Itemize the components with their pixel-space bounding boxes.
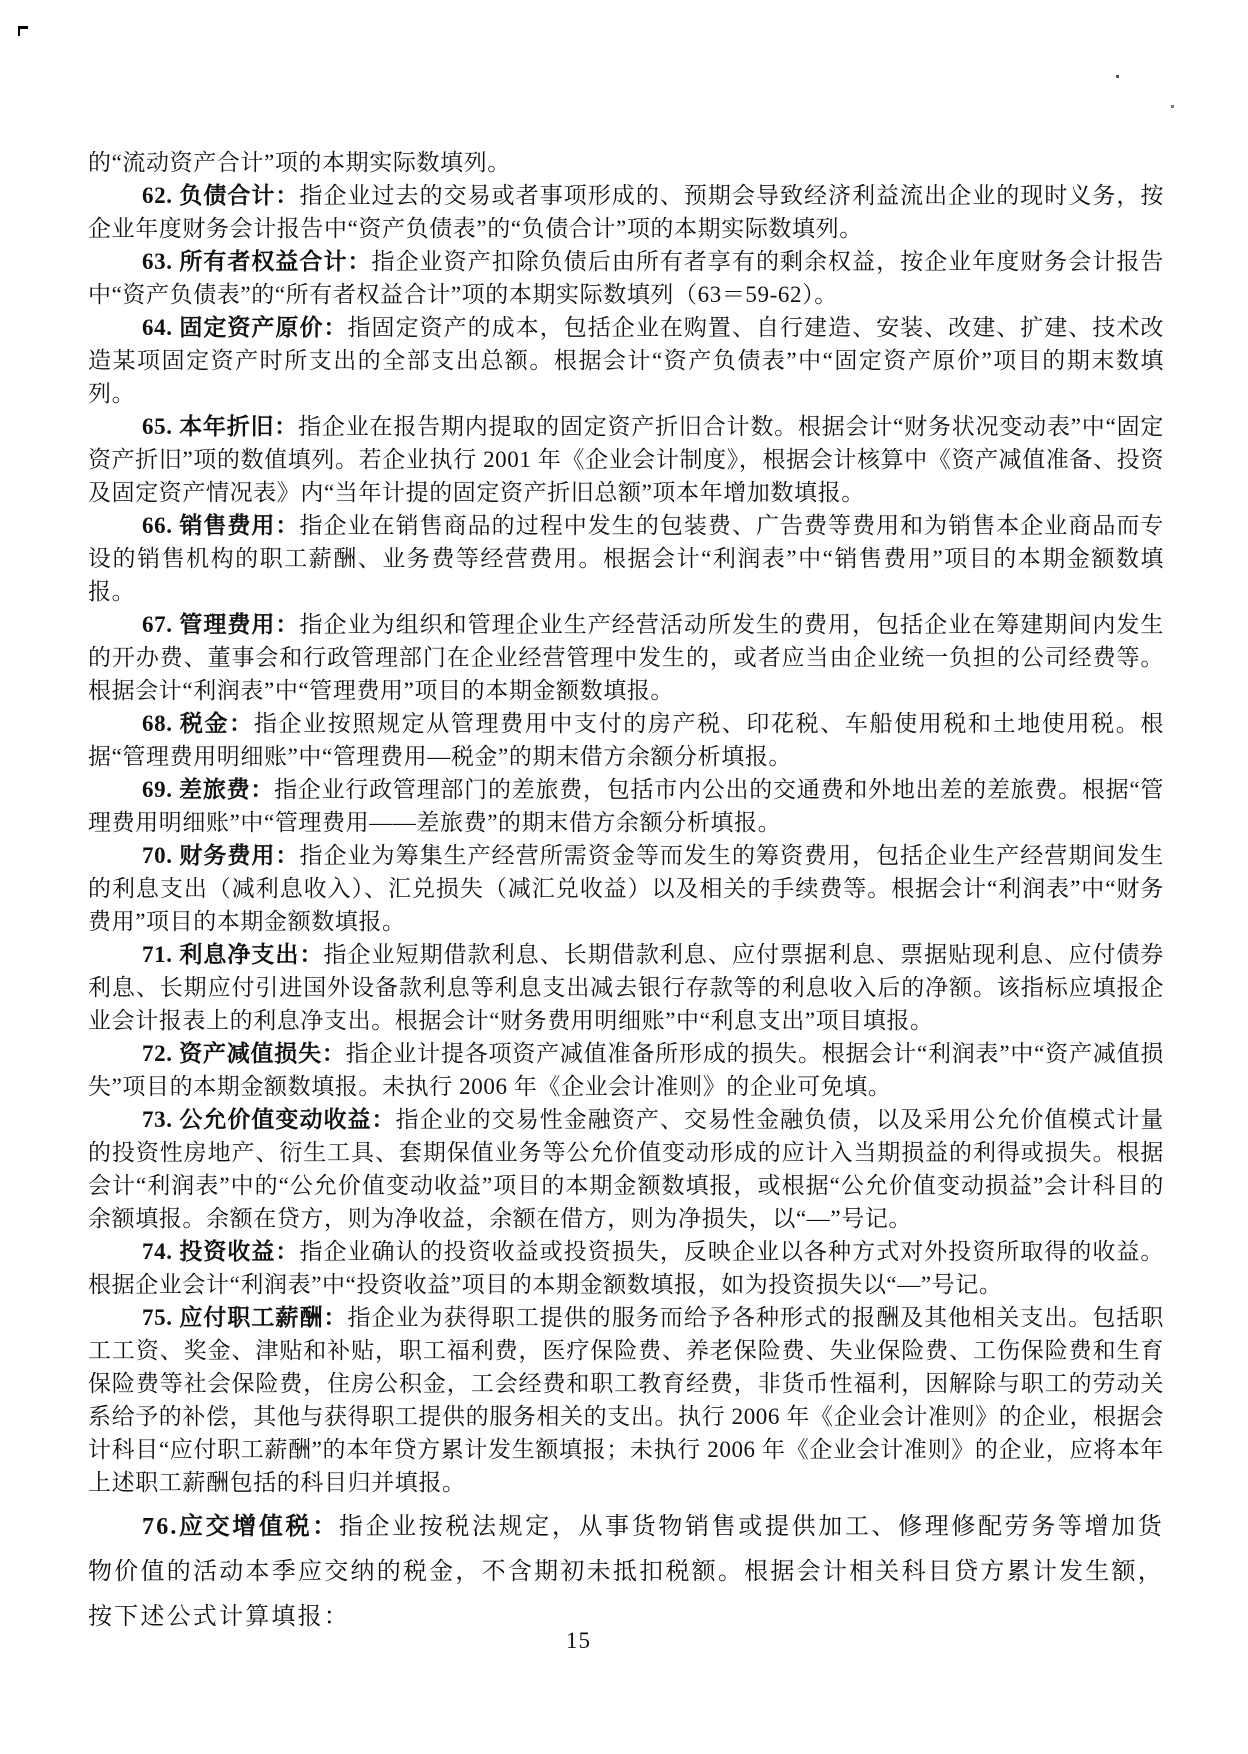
definition-item-69: 69. 差旅费：指企业行政管理部门的差旅费，包括市内公出的交通费和外地出差的差旅… bbox=[88, 773, 1164, 839]
definition-term: 62. 负债合计： bbox=[142, 183, 299, 208]
definition-item-66: 66. 销售费用：指企业在销售商品的过程中发生的包装费、广告费等费用和为销售本企… bbox=[88, 509, 1164, 608]
definition-term: 67. 管理费用： bbox=[142, 612, 299, 637]
definition-item-72: 72. 资产减值损失：指企业计提各项资产减值准备所形成的损失。根据会计“利润表”… bbox=[88, 1037, 1164, 1103]
continued-paragraph: 的“流动资产合计”项的本期实际数填列。 bbox=[88, 146, 1164, 179]
definition-term: 73. 公允价值变动收益： bbox=[142, 1107, 396, 1132]
definition-term: 63. 所有者权益合计： bbox=[142, 249, 372, 274]
definition-item-68: 68. 税金：指企业按照规定从管理费用中支付的房产税、印花税、车船使用税和土地使… bbox=[88, 707, 1164, 773]
definition-item-62: 62. 负债合计：指企业过去的交易或者事项形成的、预期会导致经济利益流出企业的现… bbox=[88, 179, 1164, 245]
scan-corner-artifact bbox=[18, 26, 28, 36]
definition-term: 76.应交增值税： bbox=[142, 1514, 339, 1540]
definition-term: 74. 投资收益： bbox=[142, 1239, 299, 1264]
definition-term: 64. 固定资产原价： bbox=[142, 315, 348, 340]
definition-item-65: 65. 本年折旧：指企业在报告期内提取的固定资产折旧合计数。根据会计“财务状况变… bbox=[88, 410, 1164, 509]
definition-term: 70. 财务费用： bbox=[142, 843, 299, 868]
document-body: 的“流动资产合计”项的本期实际数填列。 62. 负债合计：指企业过去的交易或者事… bbox=[88, 146, 1164, 1640]
definition-item-71: 71. 利息净支出：指企业短期借款利息、长期借款利息、应付票据利息、票据贴现利息… bbox=[88, 938, 1164, 1037]
definition-body: 指企业为获得职工提供的服务而给予各种形式的报酬及其他相关支出。包括职工工资、奖金… bbox=[88, 1305, 1164, 1495]
definition-body: 的“流动资产合计”项的本期实际数填列。 bbox=[88, 150, 511, 175]
scan-speck-artifact bbox=[1171, 105, 1174, 108]
definition-item-76: 76.应交增值税：指企业按税法规定，从事货物销售或提供加工、修理修配劳务等增加货… bbox=[88, 1505, 1164, 1640]
definition-term: 66. 销售费用： bbox=[142, 513, 299, 538]
definition-term: 72. 资产减值损失： bbox=[142, 1041, 346, 1066]
definition-item-75: 75. 应付职工薪酬：指企业为获得职工提供的服务而给予各种形式的报酬及其他相关支… bbox=[88, 1301, 1164, 1499]
scan-speck-artifact bbox=[1116, 75, 1119, 78]
definition-term: 69. 差旅费： bbox=[142, 777, 274, 802]
definition-term: 65. 本年折旧： bbox=[142, 414, 298, 439]
definition-item-74: 74. 投资收益：指企业确认的投资收益或投资损失，反映企业以各种方式对外投资所取… bbox=[88, 1235, 1164, 1301]
definition-term: 75. 应付职工薪酬： bbox=[142, 1305, 348, 1330]
definition-term: 68. 税金： bbox=[142, 711, 254, 736]
definition-item-73: 73. 公允价值变动收益：指企业的交易性金融资产、交易性金融负债，以及采用公允价… bbox=[88, 1103, 1164, 1235]
definition-item-70: 70. 财务费用：指企业为筹集生产经营所需资金等而发生的筹资费用，包括企业生产经… bbox=[88, 839, 1164, 938]
definition-item-63: 63. 所有者权益合计：指企业资产扣除负债后由所有者享有的剩余权益，按企业年度财… bbox=[88, 245, 1164, 311]
document-page: 的“流动资产合计”项的本期实际数填列。 62. 负债合计：指企业过去的交易或者事… bbox=[0, 0, 1248, 1754]
definition-term: 71. 利息净支出： bbox=[142, 942, 324, 967]
page-number: 15 bbox=[566, 1628, 591, 1654]
definition-item-67: 67. 管理费用：指企业为组织和管理企业生产经营活动所发生的费用，包括企业在筹建… bbox=[88, 608, 1164, 707]
definition-item-64: 64. 固定资产原价：指固定资产的成本，包括企业在购置、自行建造、安装、改建、扩… bbox=[88, 311, 1164, 410]
